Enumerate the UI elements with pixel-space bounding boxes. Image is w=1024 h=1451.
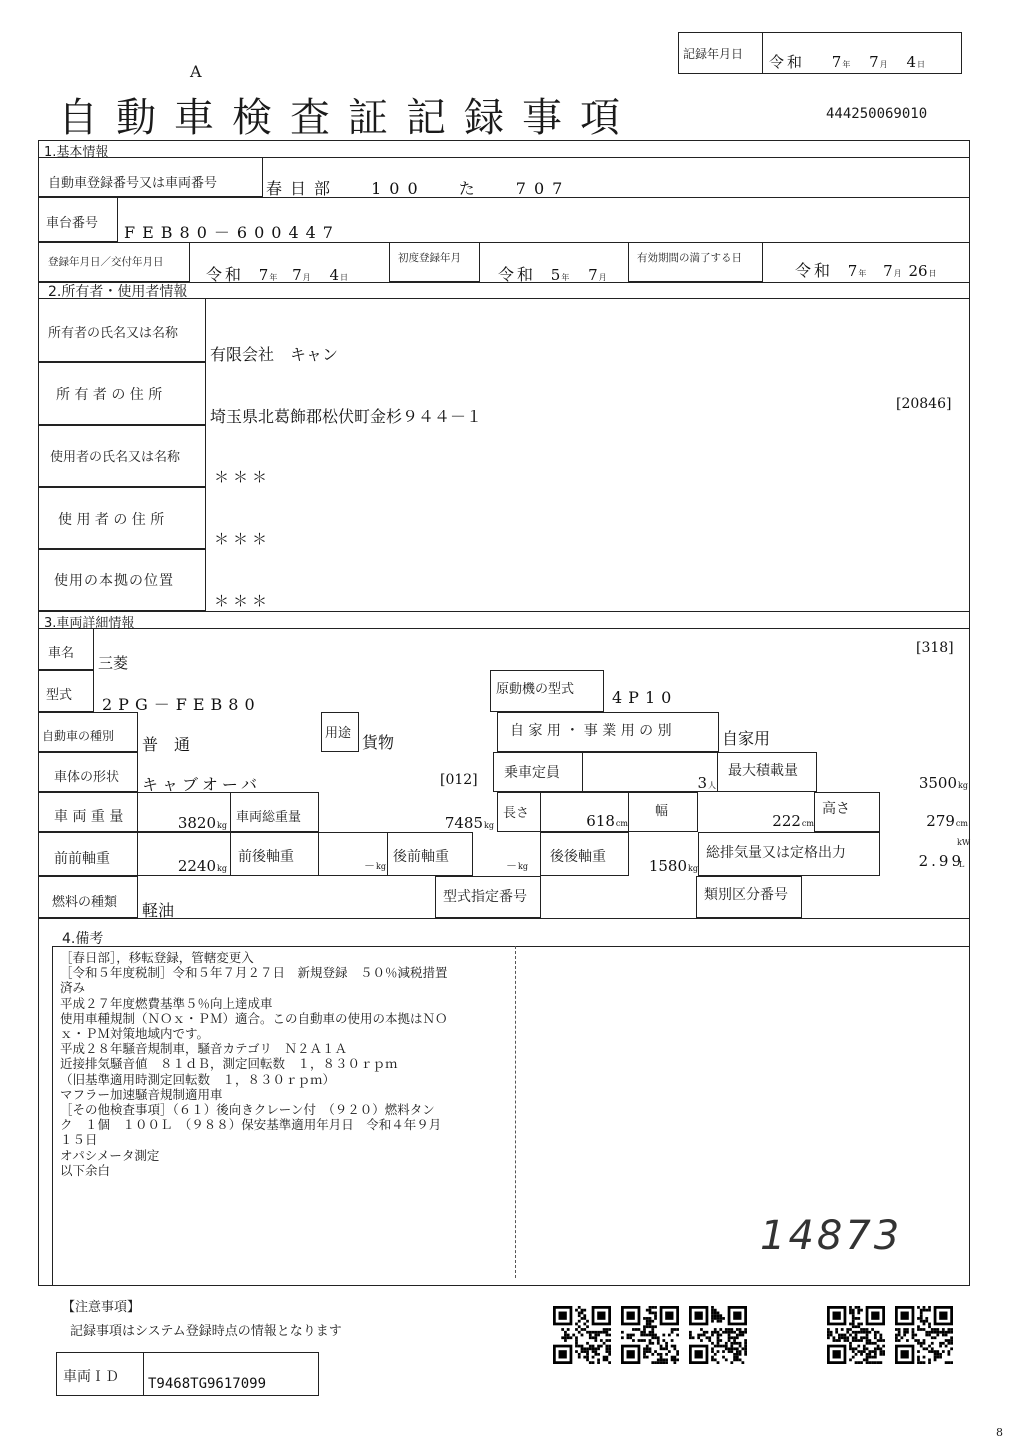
record-date-value: 令和 7年 7月 4日 (769, 51, 925, 72)
vehicle-id-value: T9468TG9617099 (148, 1376, 266, 1392)
qr-code-icon (621, 1306, 679, 1364)
remarks-line: 以下余白 (60, 1163, 448, 1178)
owner-name-value: 有限会社 キャン (210, 342, 338, 365)
qr-code-icon (553, 1306, 611, 1364)
divider (38, 918, 970, 919)
engine-value: 4P10 (612, 688, 677, 707)
divider (52, 946, 970, 947)
era: 令和 (795, 261, 833, 280)
divider (52, 946, 53, 1286)
reg-number-label: 自動車登録番号又は車両番号 (48, 172, 217, 191)
width-value: 222cm (772, 812, 814, 830)
qr-code-icon (689, 1306, 747, 1364)
fr-axle-value: －kg (364, 857, 386, 873)
user-name-value: ＊＊＊ (214, 466, 271, 487)
unit: 日 (917, 60, 925, 69)
capacity-value: 3人 (697, 774, 716, 792)
remarks-line: 済み (60, 980, 448, 995)
make-value: 三菱 (98, 652, 128, 673)
remarks-line: ｘ・ＰＭ対策地域内です。 (60, 1026, 448, 1041)
user-name-label: 使用者の氏名又は名称 (50, 446, 180, 465)
remarks-line: ［その他検査事項］（６１）後向きクレーン付 （９２０）燃料タン (60, 1102, 448, 1117)
unit: 月 (880, 60, 888, 69)
record-date-label-cell: 記録年月日 (679, 33, 763, 73)
month: 7 (869, 53, 879, 71)
qr-code-icon (827, 1306, 885, 1364)
reg-number-value: 春日部 100 た 707 (266, 176, 570, 199)
section-heading-remarks: 4.備考 (62, 928, 103, 948)
unit: 月 (894, 269, 902, 278)
notice-heading: 【注意事項】 (62, 1296, 140, 1315)
expiry-label: 有効期間の満了する日 (637, 250, 742, 265)
remarks-line: ク １個 １００Ｌ （９８８）保安基準適用年月日 令和４年９月 (60, 1117, 448, 1132)
displacement-label: 総排気量又は定格出力 (706, 842, 846, 862)
remarks-line: ［令和５年度税制］令和５年７月２７日 新規登録 ５０％減税措置 (60, 965, 448, 980)
owner-name-label: 所有者の氏名又は名称 (48, 322, 178, 341)
expiry-value: 令和 7年 7月 26日 (795, 258, 937, 281)
unit: 年 (858, 269, 866, 278)
corner-mark: 8 (996, 1426, 1003, 1439)
month: 7 (883, 262, 893, 280)
usage-value: 自家用 (722, 726, 770, 749)
rr-axle-value: 1580kg (649, 857, 698, 875)
displacement-unit-top: kW (957, 838, 970, 847)
type-designation-label: 型式指定番号 (443, 886, 527, 906)
weight-value: 3820kg (178, 814, 227, 832)
user-address-value: ＊＊＊ (214, 528, 271, 549)
max-load-label: 最大積載量 (728, 760, 798, 780)
first-reg-label: 初度登録年月 (398, 250, 461, 265)
divider (38, 611, 970, 612)
capacity-label: 乗車定員 (504, 762, 560, 782)
type-label: 自動車の種別 (42, 727, 114, 744)
ff-axle-label: 前前軸重 (54, 848, 110, 868)
gross-weight-value: 7485kg (445, 814, 494, 832)
chassis-label: 車台番号 (46, 212, 98, 231)
owner-address-value: 埼玉県北葛飾郡松伏町金杉９４４－１ (210, 404, 482, 427)
unit: 月 (303, 273, 311, 282)
gross-weight-label: 車両総重量 (236, 806, 301, 825)
remarks-line: オパシメータ測定 (60, 1148, 448, 1163)
divider (38, 628, 970, 629)
remarks-line: 使用車種規制（ＮＯｘ・ＰＭ）適合。この自動車の使用の本拠はＮＯ (60, 1011, 448, 1026)
height-label: 高さ (822, 798, 850, 818)
chassis-value: FEB80－600447 (124, 220, 340, 243)
make-code: [318] (916, 640, 954, 656)
fr-axle-label: 前後軸重 (238, 846, 294, 866)
year: 7 (848, 262, 858, 280)
owner-address-code: [20846] (896, 396, 951, 412)
notice-text: 記録事項はシステム登録時点の情報となります (70, 1320, 342, 1339)
body-code: [012] (440, 772, 478, 788)
displacement-value: 2.99 (919, 852, 964, 870)
remarks-line: マフラー加速騒音規制適用車 (60, 1087, 448, 1102)
qr-code-icon (895, 1306, 953, 1364)
remarks-line: 近接排気騒音値 ８１ｄＢ，測定回転数 １，８３０ｒｐｍ (60, 1056, 448, 1071)
category-label: 類別区分番号 (704, 884, 788, 904)
remarks-line: １５日 (60, 1132, 448, 1147)
remarks-line: 平成２８年騒音規制車，騒音カテゴリ Ｎ２Ａ１Ａ (60, 1041, 448, 1056)
era: 令和 (769, 53, 805, 71)
purpose-label: 用途 (325, 722, 351, 741)
year: 7 (832, 53, 842, 71)
unit: 日 (929, 269, 937, 278)
unit: 日 (340, 273, 348, 282)
day: 4 (906, 53, 916, 71)
rf-axle-value: －kg (506, 857, 528, 873)
base-location-value: ＊＊＊ (214, 590, 271, 611)
make-label: 車名 (48, 642, 74, 661)
unit: 月 (599, 273, 607, 282)
remarks-text: ［春日部］，移転登録，管轄変更入［令和５年度税制］令和５年７月２７日 新規登録 … (60, 950, 448, 1178)
purpose-value: 貨物 (362, 730, 394, 753)
fuel-label: 燃料の種類 (52, 891, 117, 910)
ff-axle-value: 2240kg (178, 857, 227, 875)
unit: 年 (269, 273, 277, 282)
remarks-line: 平成２７年度燃費基準５％向上達成車 (60, 996, 448, 1011)
document-marker: A (190, 62, 202, 81)
weight-label: 車 両 重 量 (54, 806, 123, 826)
remarks-line: ［春日部］，移転登録，管轄変更入 (60, 950, 448, 965)
length-value: 618cm (586, 812, 628, 830)
engine-label: 原動機の型式 (496, 678, 574, 697)
record-date-label: 記録年月日 (683, 45, 743, 62)
unit: 年 (842, 60, 850, 69)
type-value: 普 通 (142, 732, 190, 755)
width-label: 幅 (655, 800, 668, 819)
reg-date-label: 登録年月日／交付年月日 (48, 254, 164, 269)
vehicle-id-label: 車両ＩＤ (63, 1366, 119, 1386)
usage-label: 自 家 用 ・ 事 業 用 の 別 (510, 720, 672, 740)
rf-axle-label: 後前軸重 (393, 846, 449, 866)
day: 26 (908, 262, 927, 280)
base-location-label: 使用の本拠の位置 (54, 570, 174, 590)
remarks-column-divider (515, 946, 516, 1278)
rr-axle-label: 後後軸重 (550, 846, 606, 866)
record-date-box: 記録年月日 令和 7年 7月 4日 (678, 32, 962, 74)
remarks-line: （旧基準適用時測定回転数 １，８３０ｒｐｍ） (60, 1072, 448, 1087)
divider (38, 197, 970, 198)
document-number: 444250069010 (826, 106, 927, 122)
user-address-label: 使 用 者 の 住 所 (58, 509, 164, 529)
body-label: 車体の形状 (54, 766, 119, 785)
handwritten-note: 14873 (760, 1213, 902, 1259)
length-label: 長さ (503, 802, 529, 821)
page-title: 自動車検査証記録事項 (58, 86, 638, 143)
displacement-unit: L (959, 860, 964, 869)
unit: 年 (561, 273, 569, 282)
height-value: 279cm (926, 812, 968, 830)
max-load-value: 3500kg (919, 774, 968, 792)
owner-address-label: 所 有 者 の 住 所 (56, 384, 162, 404)
model-label: 型式 (46, 684, 72, 703)
